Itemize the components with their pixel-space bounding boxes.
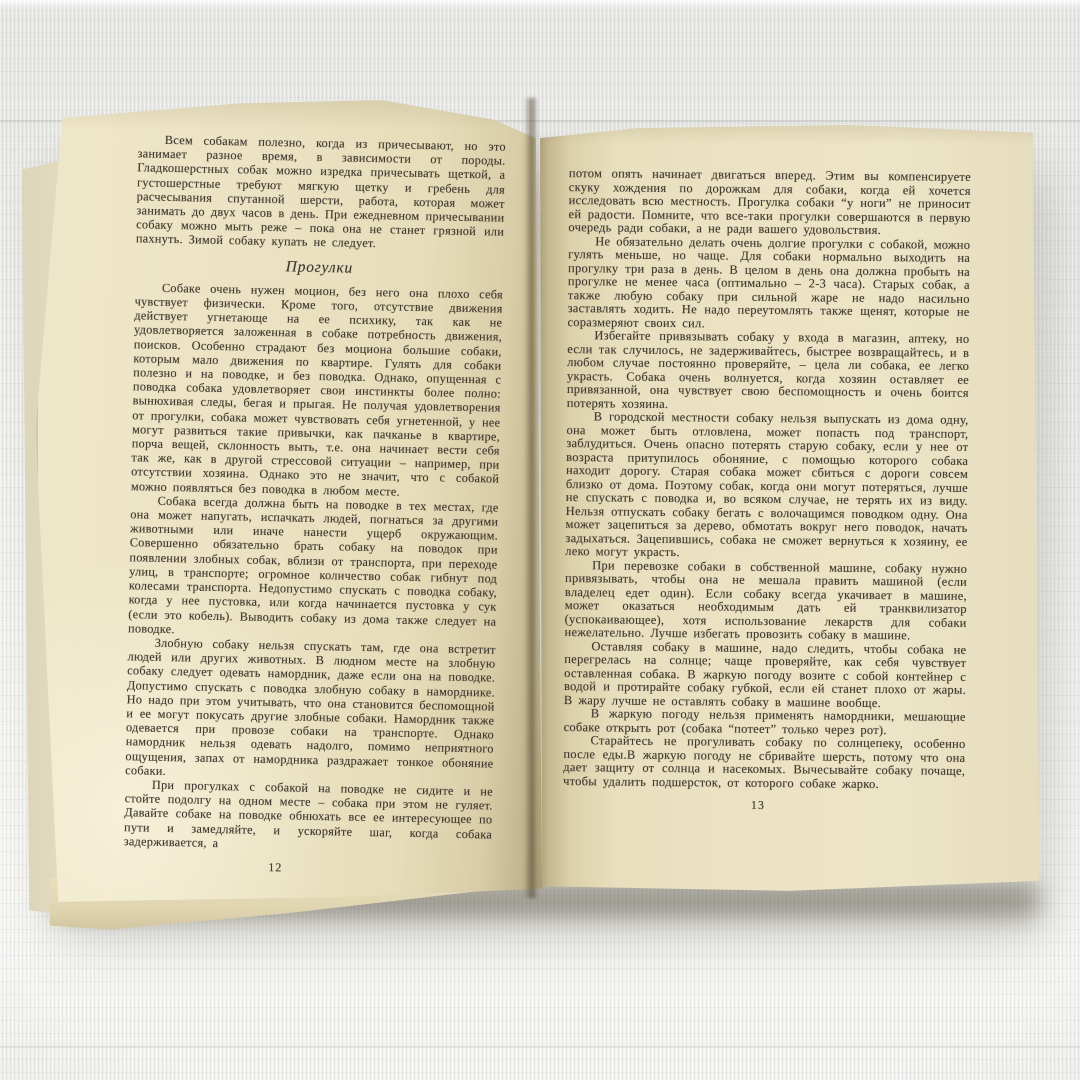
photo-vignette (0, 0, 1080, 1080)
photo-open-book: Всем собакам полезно, когда из причесыва… (0, 0, 1080, 1080)
